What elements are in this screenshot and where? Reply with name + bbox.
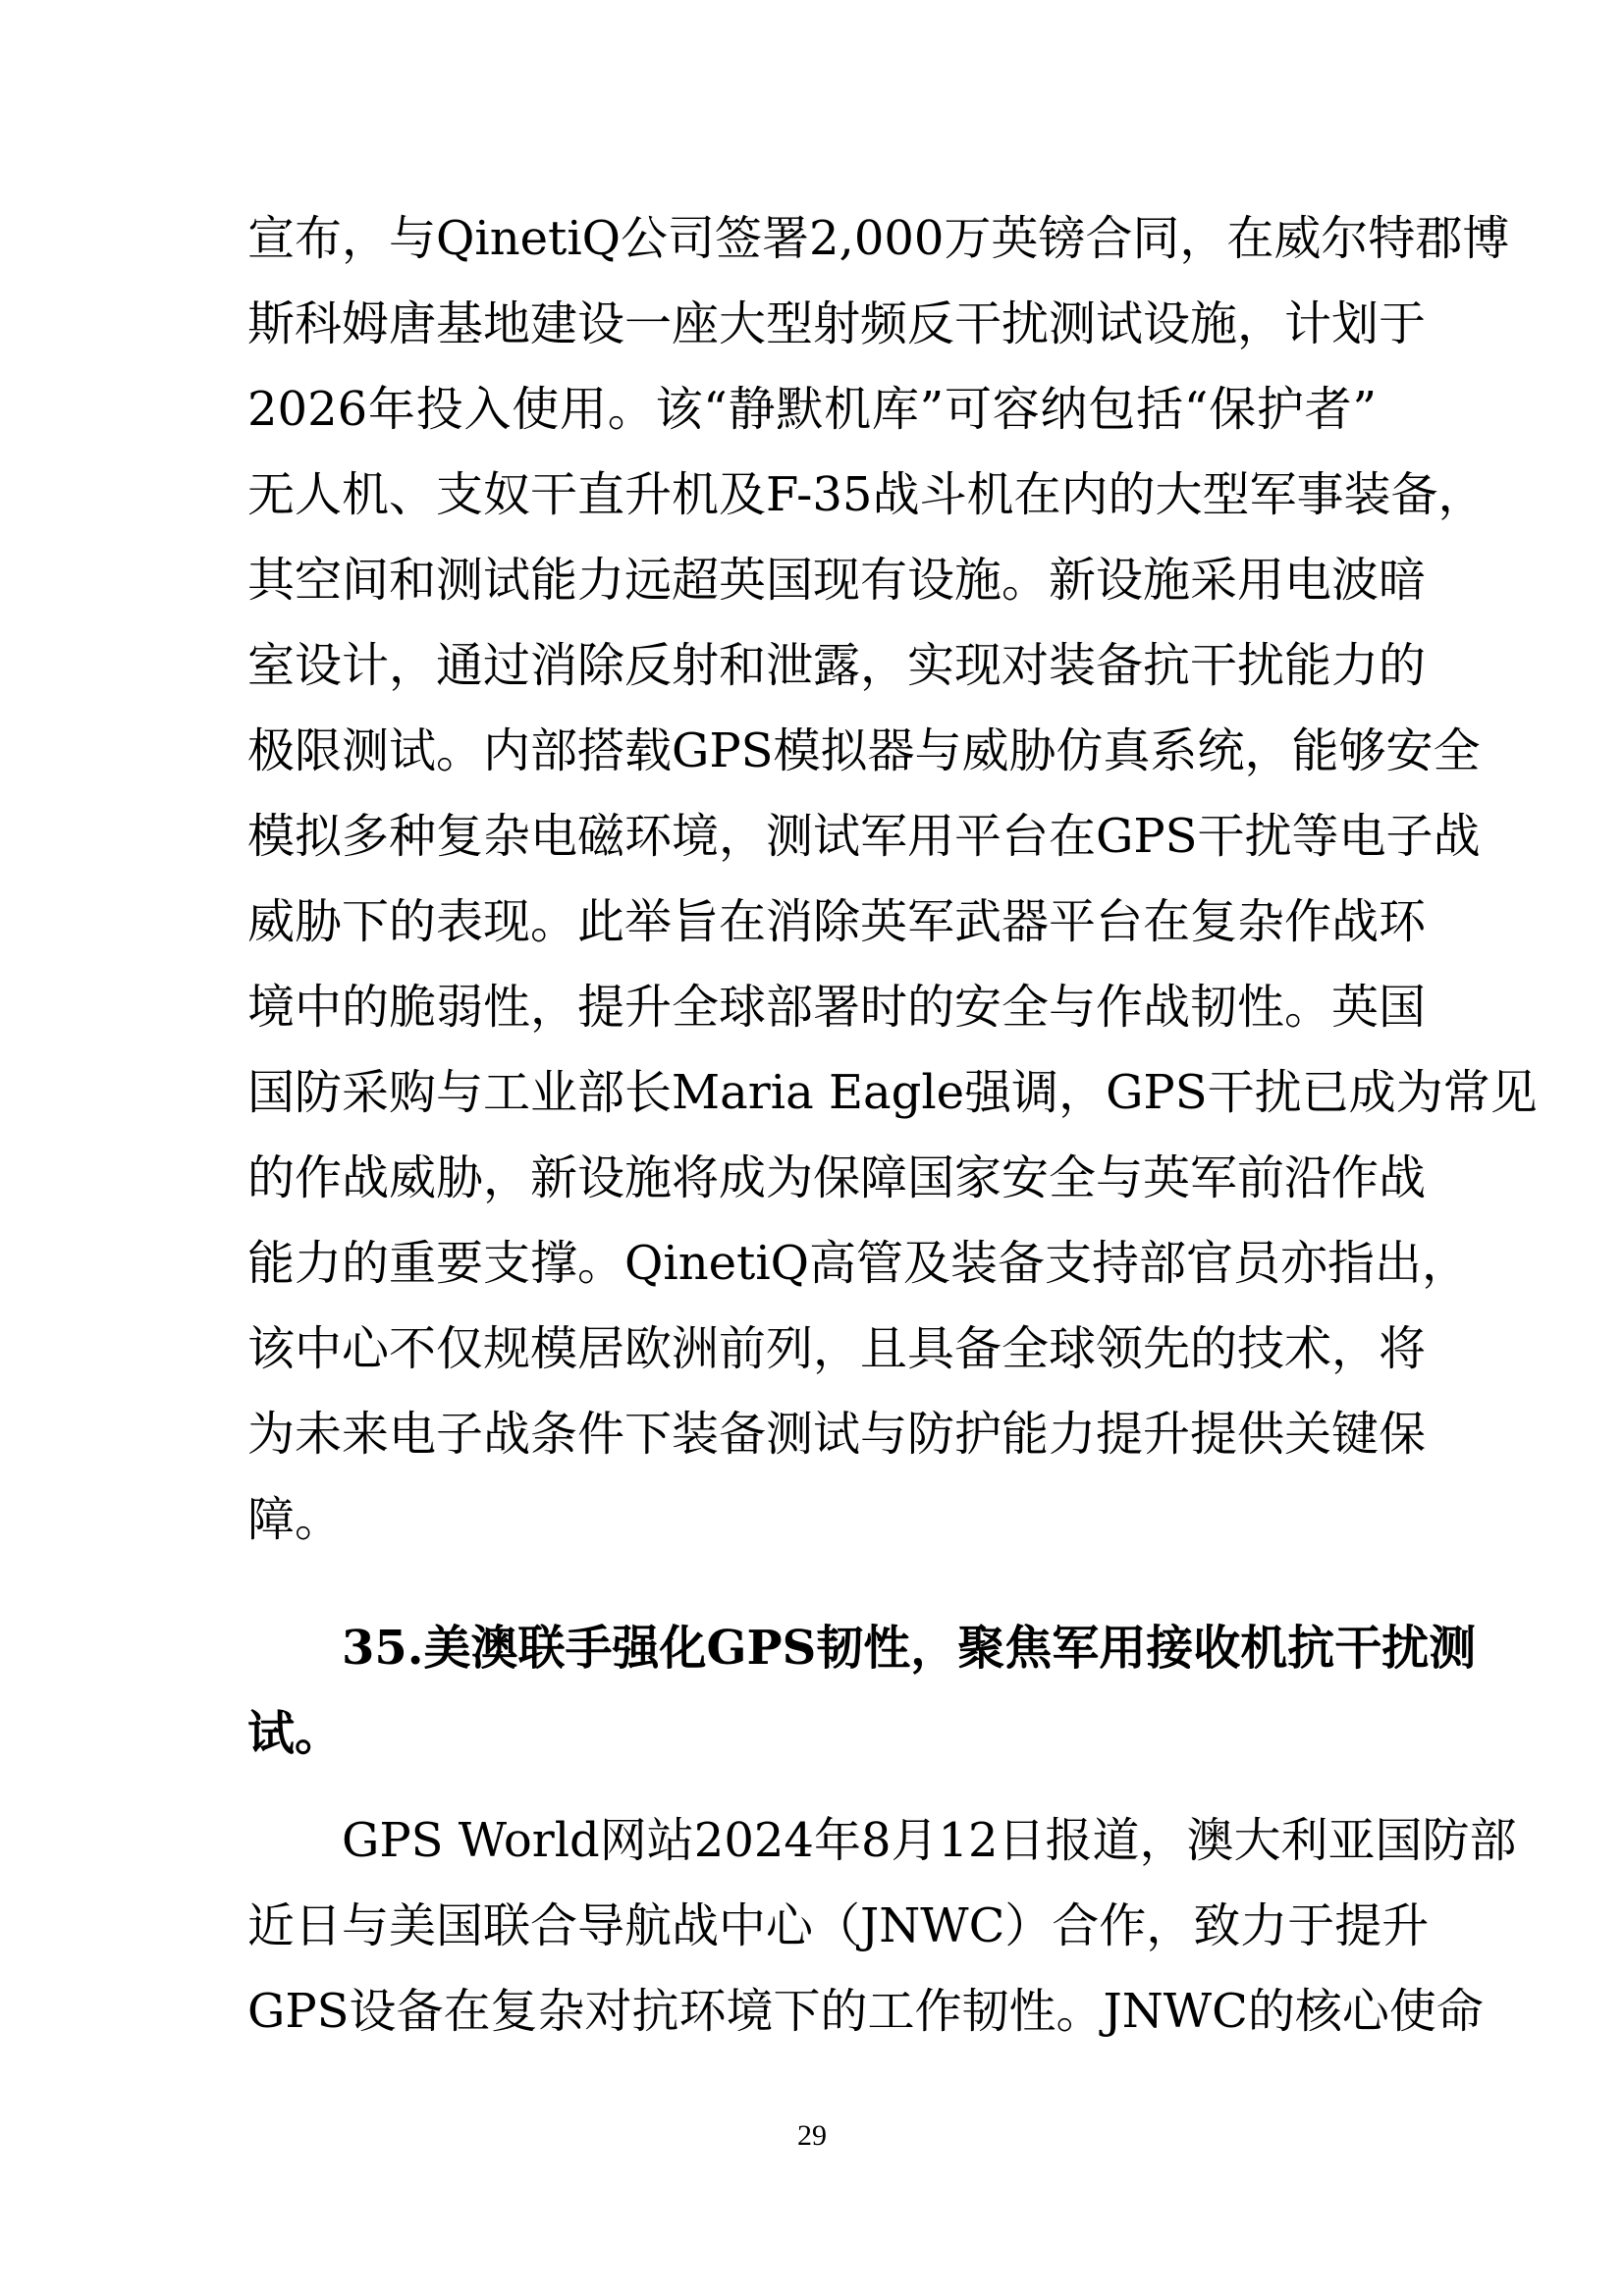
paragraph-line: 境中的脆弱性，提升全球部署时的安全与作战韧性。英国 bbox=[247, 978, 1377, 1037]
paragraph-line: 威胁下的表现。此举旨在消除英军武器平台在复杂作战环 bbox=[247, 892, 1377, 951]
paragraph-line: GPS World网站2024年8月12日报道，澳大利亚国防部 bbox=[342, 1811, 1377, 1870]
paragraph-line: 为未来电子战条件下装备测试与防护能力提升提供关键保 bbox=[247, 1405, 1377, 1464]
paragraph-line: 该中心不仅规模居欧洲前列，且具备全球领先的技术，将 bbox=[247, 1319, 1377, 1378]
paragraph-line: 近日与美国联合导航战中心（JNWC）合作，致力于提升 bbox=[247, 1896, 1377, 1955]
paragraph-line: 能力的重要支撑。QinetiQ高管及装备支持部官员亦指出， bbox=[247, 1234, 1377, 1293]
paragraph-line: 其空间和测试能力远超英国现有设施。新设施采用电波暗 bbox=[247, 551, 1377, 610]
paragraph-line: 障。 bbox=[247, 1490, 1377, 1549]
page-number: 29 bbox=[0, 2118, 1624, 2154]
paragraph-line: 室设计，通过消除反射和泄露，实现对装备抗干扰能力的 bbox=[247, 636, 1377, 695]
paragraph-line: 宣布，与QinetiQ公司签署2,000万英镑合同，在威尔特郡博 bbox=[247, 209, 1377, 268]
paragraph-line: GPS设备在复杂对抗环境下的工作韧性。JNWC的核心使命 bbox=[247, 1982, 1377, 2041]
section-heading-continuation: 试。 bbox=[247, 1704, 1377, 1763]
paragraph-line: 模拟多种复杂电磁环境，测试军用平台在GPS干扰等电子战 bbox=[247, 807, 1377, 866]
paragraph-line: 2026年投入使用。该“静默机库”可容纳包括“保护者” bbox=[247, 380, 1377, 439]
section-heading: 35.美澳联手强化GPS韧性，聚焦军用接收机抗干扰测 bbox=[342, 1619, 1377, 1678]
paragraph-line: 国防采购与工业部长Maria Eagle强调，GPS干扰已成为常见 bbox=[247, 1063, 1377, 1122]
paragraph-line: 无人机、支奴干直升机及F-35战斗机在内的大型军事装备， bbox=[247, 465, 1377, 524]
paragraph-line: 极限测试。内部搭载GPS模拟器与威胁仿真系统，能够安全 bbox=[247, 721, 1377, 780]
paragraph-line: 的作战威胁，新设施将成为保障国家安全与英军前沿作战 bbox=[247, 1148, 1377, 1207]
paragraph-line: 斯科姆唐基地建设一座大型射频反干扰测试设施，计划于 bbox=[247, 294, 1377, 353]
